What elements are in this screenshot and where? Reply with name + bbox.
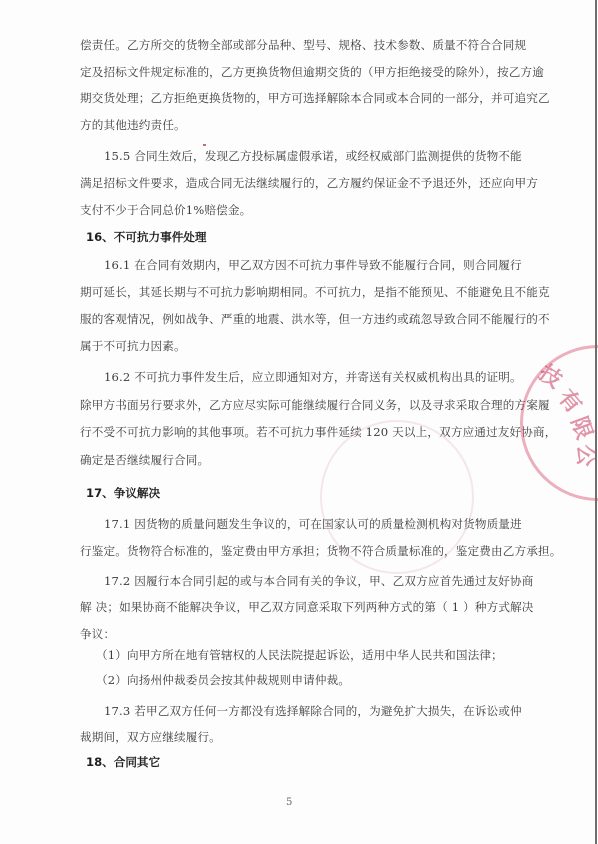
text-line: 支付不少于合同总价1%赔偿金。 xyxy=(80,203,520,217)
ink-speck xyxy=(203,144,206,146)
text-line: 争议： xyxy=(80,627,520,641)
text-line: 17.2 因履行本合同引起的或与本合同有关的争议，甲、乙双方应首先通过友好协商 xyxy=(104,574,544,588)
page-edge-border xyxy=(595,0,597,844)
text-line: 满足招标文件要求，造成合同无法继续履行的，乙方履约保证金不予退还外，还应向甲方 xyxy=(80,176,520,190)
page-number: 5 xyxy=(286,797,292,808)
text-line: 解 决；如果协商不能解决争议，甲乙双方同意采取下列两种方式的第（ 1 ）种方式解… xyxy=(80,600,520,614)
text-line: 期可延长，其延长期与不可抗力影响期相同。不可抗力，是指不能预见、不能避免且不能克 xyxy=(80,285,520,299)
text-line: 期交货处理；乙方拒绝更换货物的，甲方可选择解除本合同或本合同的一部分，并可追究乙 xyxy=(80,91,520,105)
text-line: 服的客观情况，例如战争、严重的地震、洪水等，但一方违约或疏忽导致合同不能履行的不 xyxy=(80,312,520,326)
text-line: 17.3 若甲乙双方任何一方都没有选择解除合同的，为避免扩大损失，在诉讼或仲 xyxy=(104,704,544,718)
text-line: 裁期间，双方应继续履行。 xyxy=(80,730,520,744)
text-line: 属于不可抗力因素。 xyxy=(80,339,520,353)
section-heading: 18、合同其它 xyxy=(86,755,160,769)
section-heading: 16、不可抗力事件处理 xyxy=(86,230,206,244)
faint-seal-stamp xyxy=(320,420,474,574)
text-line: 16.2 不可抗力事件发生后，应立即通知对方，并寄送有关权威机构出具的证明。 xyxy=(104,370,544,384)
document-page: 偿责任。乙方所交的货物全部或部分品种、型号、规格、技术参数、质量不符合合同规定及… xyxy=(0,0,598,844)
text-line: 行不受不可抗力影响的其他事项。若不可抗力事件延续 120 天以上，双方应通过友好… xyxy=(80,425,520,439)
text-line: 16.1 在合同有效期内，甲乙双方因不可抗力事件导致不能履行合同，则合同履行 xyxy=(104,258,544,272)
text-line: 除甲方书面另行要求外，乙方应尽实际可能继续履行合同义务，以及寻求采取合理的方案履 xyxy=(80,398,520,412)
text-line: 偿责任。乙方所交的货物全部或部分品种、型号、规格、技术参数、质量不符合合同规 xyxy=(80,38,520,52)
text-line: 定及招标文件规定标准的，乙方更换货物但逾期交货的（甲方拒绝接受的除外），按乙方逾 xyxy=(80,65,520,79)
section-heading: 17、争议解决 xyxy=(86,486,160,500)
text-line: 方的其他违约责任。 xyxy=(80,118,520,132)
text-line: （1）向甲方所在地有管辖权的人民法院提起诉讼，适用中华人民共和国法律； xyxy=(96,648,536,662)
text-line: （2）向扬州仲裁委员会按其仲裁规则申请仲裁。 xyxy=(96,673,536,687)
text-line: 15.5 合同生效后，发现乙方投标属虚假承诺，或经权威部门监测提供的货物不能 xyxy=(104,149,544,163)
